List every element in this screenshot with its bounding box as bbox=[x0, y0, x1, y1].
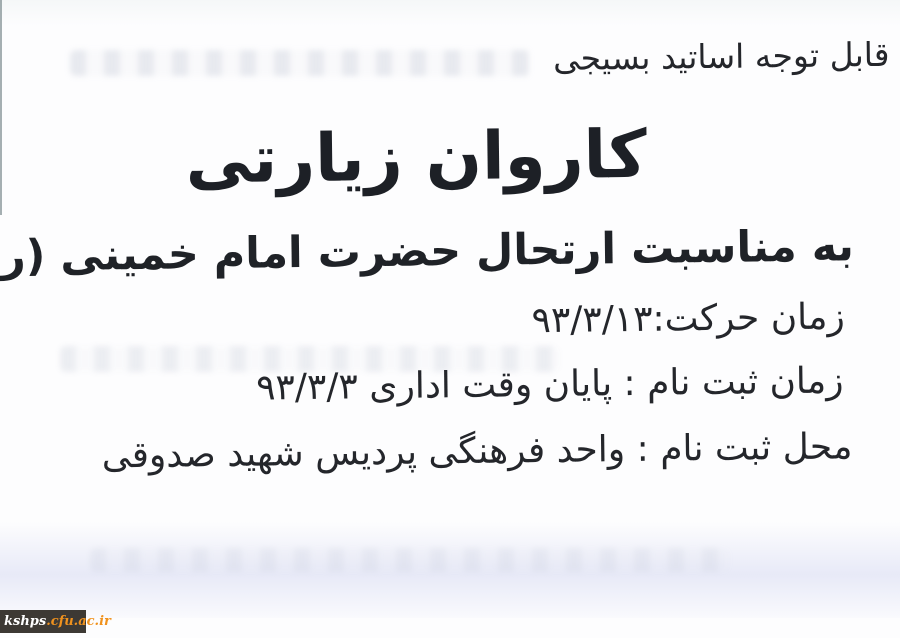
departure-time-line: زمان حرکت:۹۳/۳/۱۳ bbox=[531, 293, 845, 345]
announcement-text-block: قابل توجه اساتید بسیجی کاروان زیارتی به … bbox=[0, 0, 900, 638]
attention-line: قابل توجه اساتید بسیجی bbox=[553, 33, 890, 82]
site-watermark-suffix: .cfu.ac.ir bbox=[46, 614, 111, 629]
caravan-title: کاروان زیارتی bbox=[185, 110, 647, 205]
site-watermark-prefix: kshps bbox=[4, 614, 46, 629]
registration-location-line: محل ثبت نام : واحد فرهنگی پردیس شهید صدو… bbox=[101, 423, 852, 481]
site-watermark: kshps.cfu.ac.ir bbox=[0, 610, 86, 633]
occasion-line: به مناسبت ارتحال حضرت امام خمینی (ره) bbox=[0, 217, 854, 286]
scanned-announcement-page: قابل توجه اساتید بسیجی کاروان زیارتی به … bbox=[0, 0, 900, 638]
registration-deadline-line: زمان ثبت نام : پایان وقت اداری ۹۳/۳/۳ bbox=[256, 357, 844, 413]
